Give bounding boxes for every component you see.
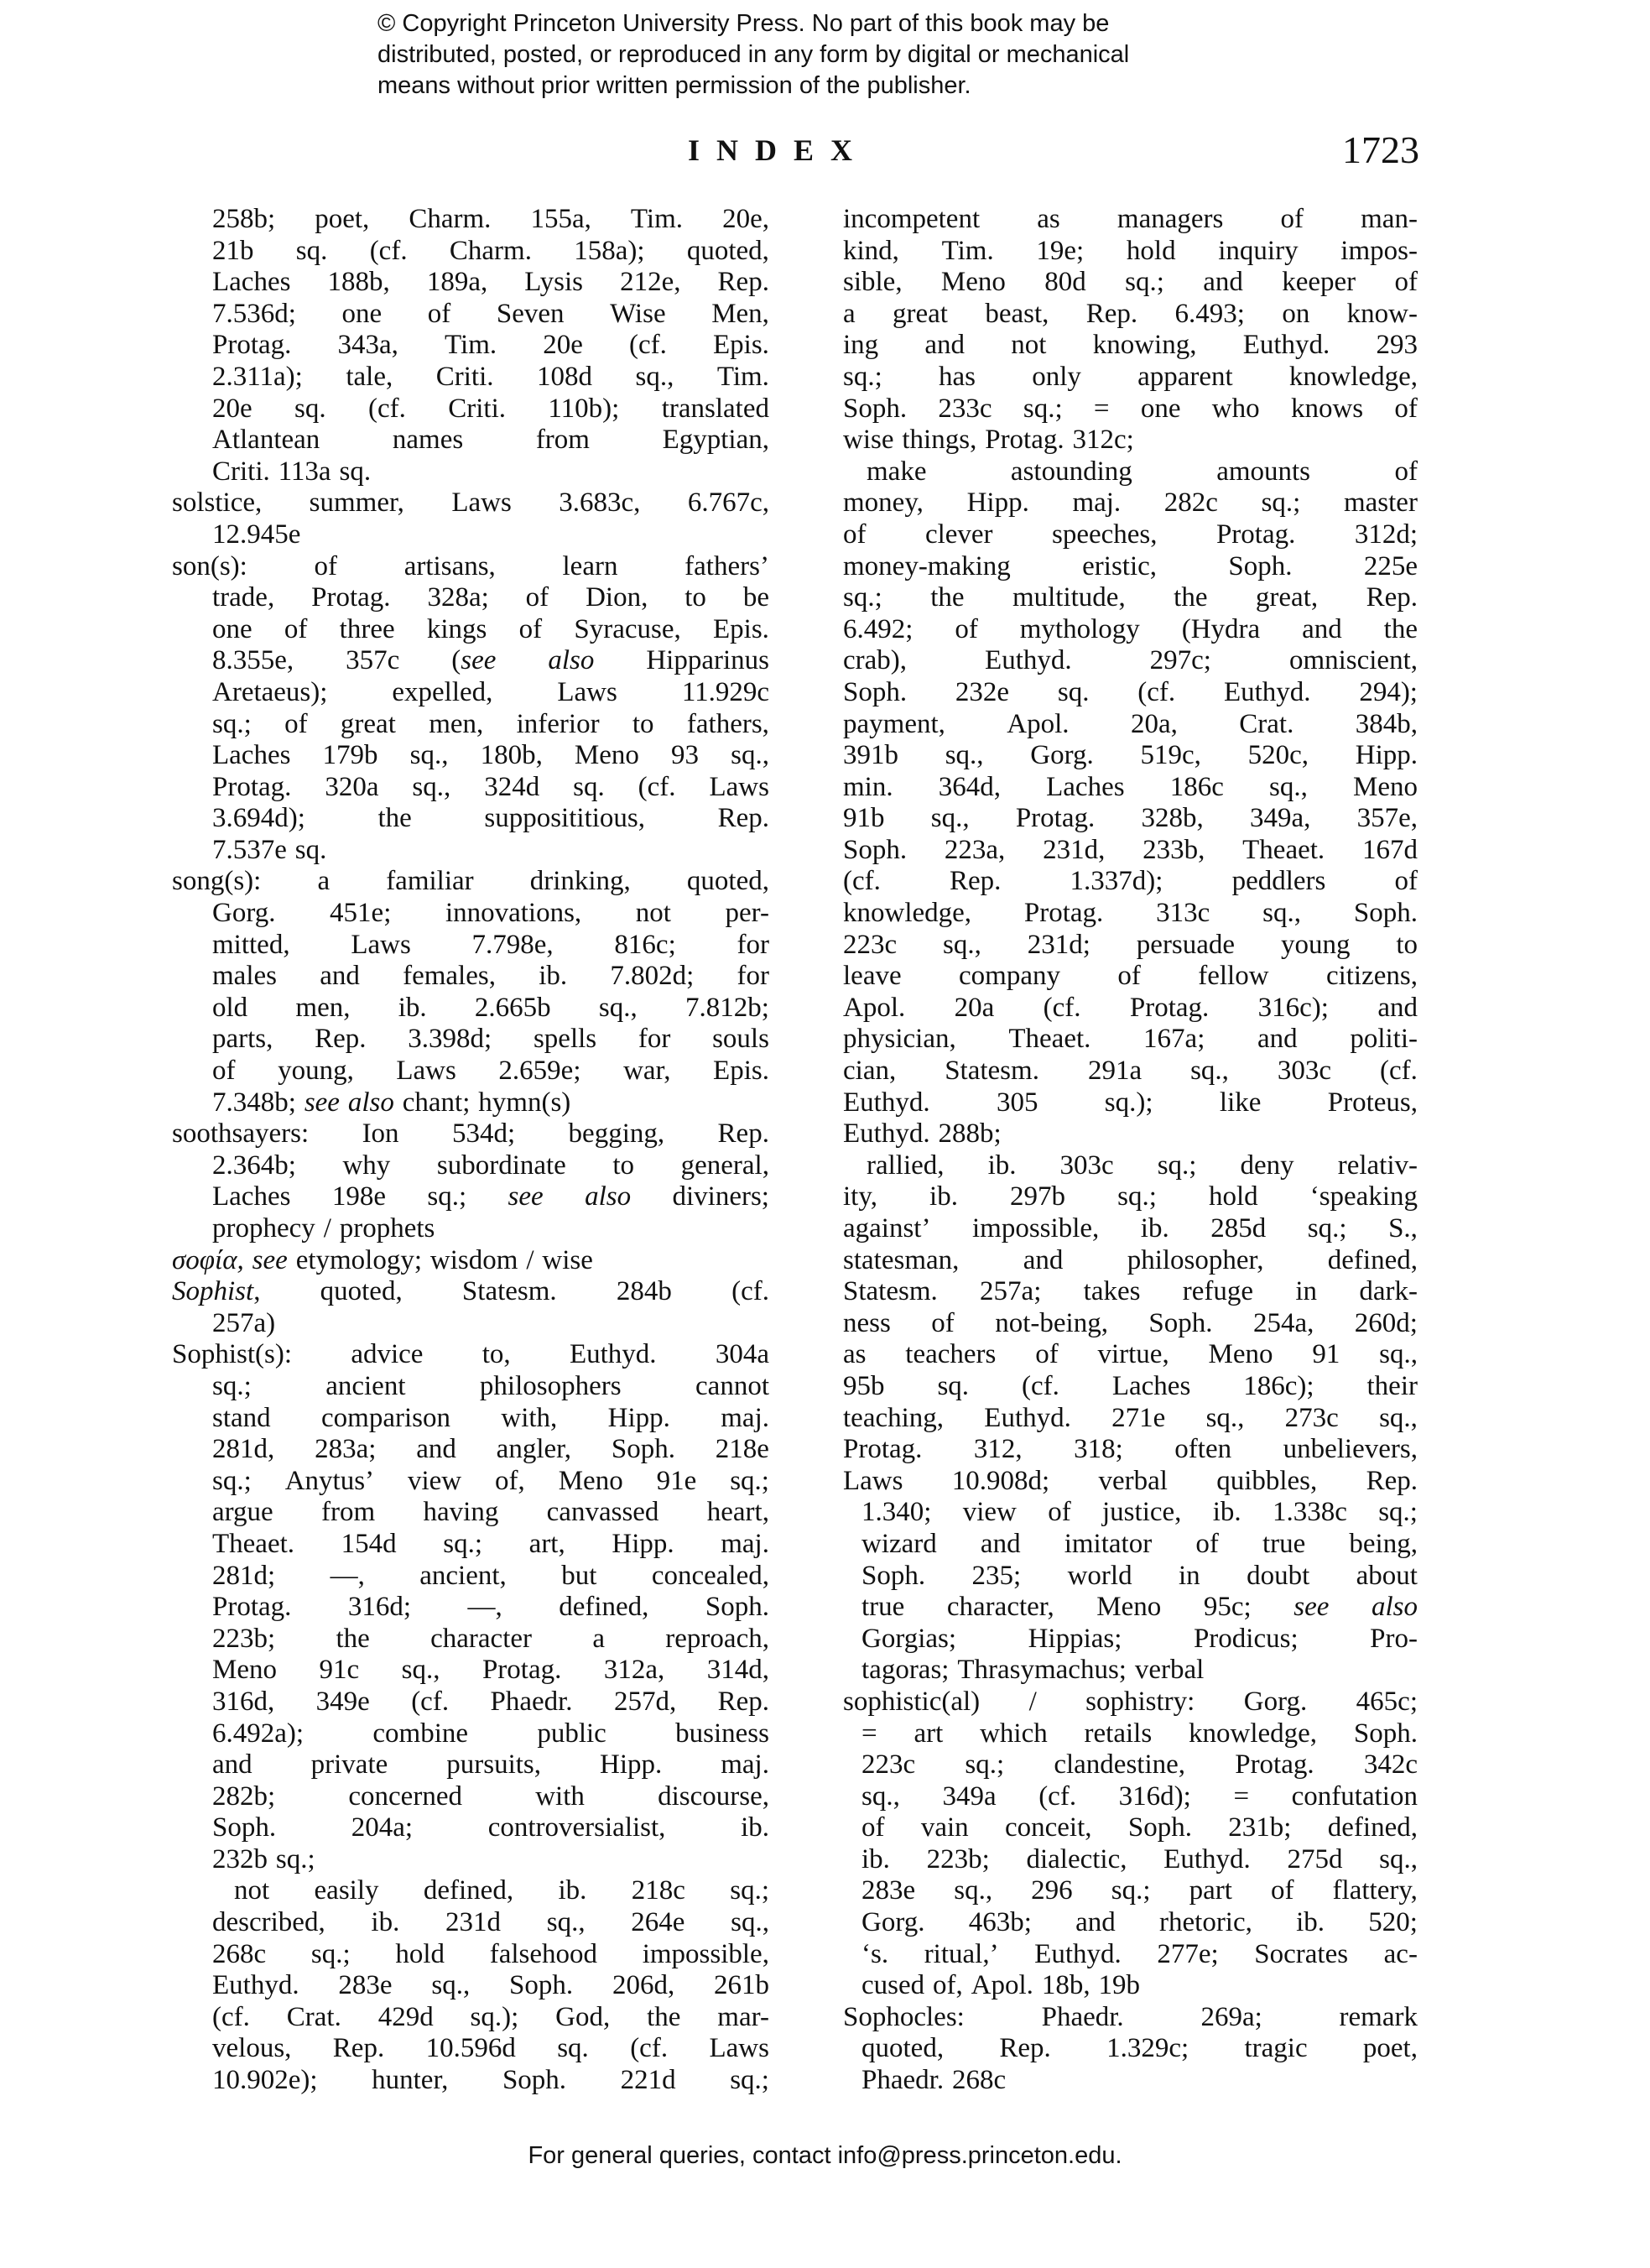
index-entry-line: physician,Theaet.167a;andpoliti- bbox=[843, 1024, 1418, 1056]
index-entry-headword-line: Sophocles:Phaedr.269a;remark bbox=[843, 2002, 1418, 2034]
word: 260d; bbox=[1355, 1308, 1418, 1340]
word: falsehood bbox=[490, 1939, 597, 1971]
word: (cf. bbox=[731, 1276, 769, 1308]
index-entry-line: cian,Statesm.291asq.,303c(cf. bbox=[843, 1056, 1418, 1087]
index-entry-line: Apol.20a(cf.Protag.316c);and bbox=[843, 993, 1418, 1025]
word: 328b, bbox=[1141, 803, 1203, 835]
word: wisdom bbox=[430, 1245, 518, 1277]
word: see bbox=[1293, 1592, 1329, 1624]
word: 223b; bbox=[927, 1844, 990, 1876]
word: maj. bbox=[1072, 487, 1121, 519]
word: Soph. bbox=[843, 835, 907, 867]
word: of bbox=[931, 1308, 955, 1340]
word: 1.337d); bbox=[1070, 866, 1163, 898]
word: sq., bbox=[943, 930, 981, 962]
word: 6.493; bbox=[1175, 299, 1245, 331]
word: mitted, bbox=[212, 930, 290, 962]
index-entry-line: 258b;poet,Charm.155a,Tim.20e, bbox=[172, 204, 769, 236]
word: Statesm. bbox=[462, 1276, 557, 1308]
word: / bbox=[324, 1213, 331, 1245]
word: = bbox=[1233, 1781, 1249, 1813]
word: character bbox=[430, 1624, 532, 1655]
word: ib. bbox=[1141, 1213, 1169, 1245]
word: and bbox=[416, 1434, 456, 1466]
word: 18b, bbox=[1042, 1970, 1090, 2002]
word: sq., bbox=[931, 803, 970, 835]
word: sq. bbox=[557, 2033, 589, 2065]
word: in bbox=[1179, 1561, 1200, 1593]
word: 7.537e bbox=[212, 835, 287, 867]
word: sq.; bbox=[427, 1181, 466, 1213]
word: 10.596d bbox=[426, 2033, 516, 2065]
word: three bbox=[340, 614, 395, 646]
word: 277e; bbox=[1157, 1939, 1218, 1971]
word: sq., bbox=[1190, 1056, 1229, 1087]
word: (cf. bbox=[629, 330, 667, 362]
word: maj. bbox=[721, 1749, 769, 1781]
word: teachers bbox=[905, 1339, 996, 1371]
word: canvassed bbox=[547, 1497, 659, 1529]
word: / bbox=[1029, 1687, 1037, 1718]
word: 268c bbox=[952, 2065, 1006, 2097]
word: advice bbox=[351, 1339, 423, 1371]
word: artisans, bbox=[404, 551, 496, 583]
index-entry-line: Statesm.257a;takesrefugeindark- bbox=[843, 1276, 1418, 1308]
word: sq.; bbox=[212, 709, 252, 741]
word: see bbox=[252, 1245, 288, 1277]
word: etymology; bbox=[296, 1245, 422, 1277]
word: 283a; bbox=[315, 1434, 376, 1466]
word: of bbox=[1048, 1497, 1071, 1529]
index-entry-line: kind,Tim.19e;holdinquiryimpos- bbox=[843, 236, 1418, 268]
word: 343a, bbox=[338, 330, 398, 362]
index-entry-line: 232bsq.; bbox=[172, 1844, 769, 1876]
word: 283e bbox=[861, 1875, 915, 1907]
word: refuge bbox=[1183, 1276, 1253, 1308]
word: Phaedr. bbox=[861, 2065, 944, 2097]
word: (cf. bbox=[1044, 993, 1081, 1025]
word: Protag. bbox=[212, 1592, 291, 1624]
word: Hipp. bbox=[1356, 740, 1418, 772]
index-entry-line: ingandnotknowing,Euthyd.293 bbox=[843, 330, 1418, 362]
index-entry-line: truecharacter,Meno95c;seealso bbox=[843, 1592, 1418, 1624]
index-entry-line: arguefromhavingcanvassedheart, bbox=[172, 1497, 769, 1529]
word: sq.; bbox=[1262, 487, 1301, 519]
index-entry-line: 7.348b;seealsochant;hymn(s) bbox=[172, 1087, 769, 1119]
word: sq., bbox=[1379, 1403, 1418, 1435]
index-entry-line: 3.694d);thesupposititious,Rep. bbox=[172, 803, 769, 835]
word: sq.; bbox=[276, 1844, 315, 1876]
word: know- bbox=[1347, 299, 1418, 331]
index-entry-line: Meno91csq.,Protag.312a,314d, bbox=[172, 1655, 769, 1687]
word: Protag. bbox=[1216, 519, 1295, 551]
word: 288b; bbox=[938, 1118, 1001, 1150]
index-entry-line: standcomparisonwith,Hipp.maj. bbox=[172, 1403, 769, 1435]
word: ity, bbox=[843, 1181, 877, 1213]
word: great bbox=[893, 299, 948, 331]
word: Gorgias; bbox=[861, 1624, 956, 1655]
word: 95c; bbox=[1204, 1592, 1252, 1624]
word: 223b; bbox=[212, 1624, 275, 1655]
word: of bbox=[519, 614, 543, 646]
word: and bbox=[1075, 1907, 1116, 1939]
index-entry-line: Gorgias;Hippias;Prodicus;Pro- bbox=[843, 1624, 1418, 1655]
word: sq.; bbox=[443, 1529, 482, 1561]
index-entry-headword-line: son(s):ofartisans,learnfathers’ bbox=[172, 551, 769, 583]
word: often bbox=[1174, 1434, 1231, 1466]
word: solstice, bbox=[172, 487, 262, 519]
word: Protag. bbox=[843, 1434, 922, 1466]
word: great, bbox=[1256, 582, 1318, 614]
word: familiar bbox=[386, 866, 473, 898]
word: sq., bbox=[1262, 898, 1301, 930]
index-entry-line: ib.223b;dialectic,Euthyd.275dsq., bbox=[843, 1844, 1418, 1876]
word: Soph. bbox=[1148, 1308, 1212, 1340]
word: σοφία, bbox=[172, 1245, 244, 1277]
word: Gorg. bbox=[861, 1907, 924, 1939]
word: 6.492; bbox=[843, 614, 913, 646]
word: and bbox=[212, 1749, 252, 1781]
index-entry-line: sq.;ofgreatmen,inferiortofathers, bbox=[172, 709, 769, 741]
word: sq.; bbox=[730, 1466, 769, 1498]
word: not bbox=[636, 898, 671, 930]
index-entry-line: 2.311a);tale,Criti.108dsq.,Tim. bbox=[172, 362, 769, 394]
word: 223c bbox=[861, 1749, 915, 1781]
index-entry-line: AtlanteannamesfromEgyptian, bbox=[172, 425, 769, 456]
word: 20e, bbox=[722, 204, 769, 236]
word: also bbox=[585, 1181, 631, 1213]
word: Pro- bbox=[1370, 1624, 1418, 1655]
word: teaching, bbox=[843, 1403, 944, 1435]
word: sophistry: bbox=[1085, 1687, 1195, 1718]
word: 312c; bbox=[1073, 425, 1134, 456]
word: hold bbox=[1209, 1181, 1258, 1213]
word: tagoras; bbox=[861, 1655, 949, 1687]
word: trade, bbox=[212, 582, 274, 614]
word: knowledge, bbox=[843, 898, 971, 930]
word: Protag. bbox=[1235, 1749, 1314, 1781]
word: angler, bbox=[497, 1434, 571, 1466]
word: 189a, bbox=[427, 267, 487, 299]
word: ib. bbox=[929, 1181, 958, 1213]
word: 232b bbox=[212, 1844, 268, 1876]
word: virtue, bbox=[1097, 1339, 1169, 1371]
word: ib. bbox=[558, 1875, 586, 1907]
word: Apol. bbox=[843, 993, 905, 1025]
word: 268c bbox=[212, 1939, 266, 1971]
word: 91c bbox=[319, 1655, 359, 1687]
index-entry-line: (cf.Crat.429dsq.);God,themar- bbox=[172, 2002, 769, 2034]
word: (cf. bbox=[638, 772, 676, 804]
word: who bbox=[1212, 394, 1260, 425]
word: Euthyd. bbox=[843, 1087, 930, 1119]
word: money-making bbox=[843, 551, 1011, 583]
word: = bbox=[1094, 394, 1110, 425]
index-entry-line: Soph.232esq.(cf.Euthyd.294); bbox=[843, 677, 1418, 709]
index-entry-headword-line: solstice,summer,Laws3.683c,6.767c, bbox=[172, 487, 769, 519]
word: 167d bbox=[1362, 835, 1418, 867]
word: spells bbox=[534, 1024, 596, 1056]
word: ib. bbox=[1296, 1907, 1325, 1939]
index-entry-line: 95bsq.(cf.Laches186c);their bbox=[843, 1371, 1418, 1403]
word: Rep. bbox=[1366, 582, 1418, 614]
word: Criti. bbox=[436, 362, 494, 394]
index-entry-line: Euthyd.305sq.);likeProteus, bbox=[843, 1087, 1418, 1119]
word: 10.902e); bbox=[212, 2065, 318, 2097]
word: 316d; bbox=[348, 1592, 411, 1624]
word: doubt bbox=[1247, 1561, 1309, 1593]
word: sq.; bbox=[1117, 1181, 1157, 1213]
word: ib. bbox=[539, 961, 567, 993]
index-entry-line: teaching,Euthyd.271esq.,273csq., bbox=[843, 1403, 1418, 1435]
word: apparent bbox=[1137, 362, 1233, 394]
word: mythology bbox=[1020, 614, 1140, 646]
word: 293 bbox=[1377, 330, 1418, 362]
word: 198e bbox=[332, 1181, 386, 1213]
word: philosopher, bbox=[1127, 1245, 1264, 1277]
word: Rep. bbox=[315, 1024, 366, 1056]
word: 534d; bbox=[452, 1118, 515, 1150]
word: in bbox=[1295, 1276, 1317, 1308]
word: Meno bbox=[212, 1655, 277, 1687]
word: Rep. bbox=[718, 267, 769, 299]
word: Laches bbox=[1046, 772, 1124, 804]
word: 167a; bbox=[1143, 1024, 1205, 1056]
word: ib. bbox=[741, 1812, 769, 1844]
index-entry-line: Protag.312,318;oftenunbelievers, bbox=[843, 1434, 1418, 1466]
word: Rep. bbox=[1366, 1466, 1418, 1498]
word: sq.; bbox=[1308, 1213, 1347, 1245]
word: the bbox=[377, 803, 411, 835]
index-entry-line: Protag.343a,Tim.20e(cf.Epis. bbox=[172, 330, 769, 362]
word: 271e bbox=[1111, 1403, 1165, 1435]
word: 231b; bbox=[1228, 1812, 1291, 1844]
word: (cf. bbox=[212, 2002, 250, 2034]
word: 6.767c, bbox=[688, 487, 769, 519]
word: Socrates bbox=[1254, 1939, 1348, 1971]
word: 816c; bbox=[614, 930, 675, 962]
word: clandestine, bbox=[1054, 1749, 1185, 1781]
word: eristic, bbox=[1082, 551, 1157, 583]
word: Men, bbox=[711, 299, 769, 331]
word: 6.492a); bbox=[212, 1718, 304, 1750]
word: 2.665b bbox=[475, 993, 551, 1025]
index-entry-line: nessofnot-being,Soph.254a,260d; bbox=[843, 1308, 1418, 1340]
word: 93 bbox=[671, 740, 699, 772]
word: 223a, bbox=[945, 835, 1005, 867]
index-entry-line: trade,Protag.328a;ofDion,tobe bbox=[172, 582, 769, 614]
word: ib. bbox=[398, 993, 427, 1025]
word: war, bbox=[623, 1056, 670, 1087]
word: tale, bbox=[346, 362, 393, 394]
word: of bbox=[1394, 394, 1418, 425]
index-entry-line: Protag.316d;—,defined,Soph. bbox=[172, 1592, 769, 1624]
word: character, bbox=[947, 1592, 1054, 1624]
word: 520c, bbox=[1248, 740, 1309, 772]
word: for bbox=[638, 1024, 670, 1056]
word: (cf. bbox=[1038, 1781, 1076, 1813]
word: argue bbox=[212, 1497, 273, 1529]
word: a bbox=[592, 1624, 605, 1655]
word: Rep. bbox=[950, 866, 1001, 898]
word: sq. bbox=[1058, 677, 1090, 709]
word: view bbox=[408, 1466, 461, 1498]
word: Phaedr. bbox=[490, 1687, 572, 1718]
word: sq., bbox=[431, 1970, 470, 2002]
word: art bbox=[913, 1718, 943, 1750]
index-entry-line: sible,Meno80dsq.;andkeeperof bbox=[843, 267, 1418, 299]
word: Euthyd. bbox=[570, 1339, 657, 1371]
word: one bbox=[212, 614, 252, 646]
word: males bbox=[212, 961, 277, 993]
word: 225e bbox=[1364, 551, 1418, 583]
word: Tim. bbox=[942, 236, 994, 268]
word: 1.338c bbox=[1273, 1497, 1347, 1529]
word: Soph. bbox=[509, 1970, 573, 2002]
word: men, bbox=[295, 993, 350, 1025]
word: 221d bbox=[621, 2065, 676, 2097]
word: see bbox=[304, 1087, 340, 1119]
word: Theaet. bbox=[1242, 835, 1325, 867]
word: persuade bbox=[1137, 930, 1235, 962]
word: 304a bbox=[716, 1339, 769, 1371]
index-entry-line: 223csq.;clandestine,Protag.342c bbox=[843, 1749, 1418, 1781]
word: ancient bbox=[325, 1371, 405, 1403]
word: sq.; bbox=[1158, 1150, 1197, 1182]
word: and bbox=[1377, 993, 1418, 1025]
word: knowledge, bbox=[1289, 362, 1418, 394]
word: sq., bbox=[731, 1907, 769, 1939]
index-entry-line: sq.;hasonlyapparentknowledge, bbox=[843, 362, 1418, 394]
word: tragic bbox=[1244, 2033, 1307, 2065]
word: Sophocles: bbox=[843, 2002, 965, 2034]
word: world bbox=[1068, 1561, 1132, 1593]
word: as bbox=[1037, 204, 1060, 236]
word: the bbox=[930, 582, 964, 614]
word: kind, bbox=[843, 236, 899, 268]
word: ‘s. bbox=[861, 1939, 888, 1971]
copyright-line: © Copyright Princeton University Press. … bbox=[377, 8, 1300, 39]
word: also bbox=[1372, 1592, 1418, 1624]
index-entry-line: against’impossible,ib.285dsq.;S., bbox=[843, 1213, 1418, 1245]
word: Laches bbox=[212, 740, 290, 772]
word: for bbox=[737, 961, 769, 993]
word: one bbox=[1141, 394, 1181, 425]
word: 110b); bbox=[548, 394, 619, 425]
word: 297b bbox=[1010, 1181, 1065, 1213]
word: ac- bbox=[1384, 1939, 1418, 1971]
word: Lysis bbox=[524, 267, 583, 299]
word: described, bbox=[212, 1907, 325, 1939]
word: Laws bbox=[351, 930, 410, 962]
word: why bbox=[342, 1150, 390, 1182]
word: 19e; bbox=[1036, 236, 1084, 268]
word: mar- bbox=[717, 2002, 769, 2034]
word: has bbox=[939, 362, 976, 394]
word: quoted, bbox=[861, 2033, 944, 2065]
word: hunter, bbox=[372, 2065, 448, 2097]
index-entry-line: ofvainconceit,Soph.231b;defined, bbox=[843, 1812, 1418, 1844]
word: 357e, bbox=[1357, 803, 1418, 835]
word: of bbox=[861, 1812, 885, 1844]
word: 7.812b; bbox=[685, 993, 769, 1025]
index-entry-line: oldmen,ib.2.665bsq.,7.812b; bbox=[172, 993, 769, 1025]
word: kings bbox=[427, 614, 487, 646]
word: dark- bbox=[1359, 1276, 1418, 1308]
word: soothsayers: bbox=[172, 1118, 309, 1150]
word: ritual,’ bbox=[924, 1939, 999, 1971]
index-entry-line: Protag.320asq.,324dsq.(cf.Laws bbox=[172, 772, 769, 804]
word: sq.; bbox=[730, 2065, 769, 2097]
index-entry-line: described,ib.231dsq.,264esq., bbox=[172, 1907, 769, 1939]
word: Protag. bbox=[482, 1655, 561, 1687]
word: min. bbox=[843, 772, 893, 804]
word: 1.329c; bbox=[1106, 2033, 1189, 2065]
word: of bbox=[1395, 267, 1418, 299]
word: stand bbox=[212, 1403, 271, 1435]
word: sq., bbox=[945, 740, 984, 772]
word: Gorg. bbox=[1030, 740, 1093, 772]
word: Hipp. bbox=[612, 1529, 674, 1561]
word: diviners; bbox=[672, 1181, 768, 1213]
word: philosophers bbox=[480, 1371, 622, 1403]
word: 3.398d; bbox=[408, 1024, 492, 1056]
word: Meno bbox=[575, 740, 639, 772]
word: 257d, bbox=[614, 1687, 676, 1718]
word: 273c bbox=[1285, 1403, 1339, 1435]
word: per- bbox=[725, 898, 768, 930]
word: 235; bbox=[972, 1561, 1022, 1593]
word: 328a; bbox=[427, 582, 488, 614]
index-entry-line: andprivatepursuits,Hipp.maj. bbox=[172, 1749, 769, 1781]
word: 258b; bbox=[212, 204, 275, 236]
word: sq., bbox=[731, 740, 769, 772]
index-entry-line: Theaet.154dsq.;art,Hipp.maj. bbox=[172, 1529, 769, 1561]
index-entry-line: Euthyd.283esq.,Soph.206d,261b bbox=[172, 1970, 769, 2002]
index-entry-line: knowledge,Protag.313csq.,Soph. bbox=[843, 898, 1418, 930]
word: Soph. bbox=[843, 677, 907, 709]
word: Euthyd. bbox=[985, 645, 1072, 677]
word: 357c bbox=[346, 645, 399, 677]
word: beast, bbox=[985, 299, 1049, 331]
word: 232e bbox=[955, 677, 1009, 709]
word: defined, bbox=[1328, 1812, 1418, 1844]
index-entry-line: money,Hipp.maj.282csq.;master bbox=[843, 487, 1418, 519]
word: Tim. bbox=[445, 330, 497, 362]
word: Syracuse, bbox=[574, 614, 680, 646]
word: ib. bbox=[1213, 1497, 1241, 1529]
word: leave bbox=[843, 961, 902, 993]
word: but bbox=[561, 1561, 596, 1593]
word: cused bbox=[861, 1970, 924, 2002]
word: 91e bbox=[657, 1466, 697, 1498]
copyright-line: distributed, posted, or reproduced in an… bbox=[377, 39, 1300, 70]
index-entry-headword-line: Sophist,quoted,Statesm.284b(cf. bbox=[172, 1276, 769, 1308]
word: 264e bbox=[631, 1907, 684, 1939]
word: Proteus, bbox=[1328, 1087, 1418, 1119]
index-entry-line: 91bsq.,Protag.328b,349a,357e, bbox=[843, 803, 1418, 835]
index-entry-line: 20esq.(cf.Criti.110b);translated bbox=[172, 394, 769, 425]
word: son(s): bbox=[172, 551, 247, 583]
index-entry-line: rallied,ib.303csq.;denyrelativ- bbox=[843, 1150, 1418, 1182]
word: Protag. bbox=[985, 425, 1064, 456]
word: 282b; bbox=[212, 1781, 275, 1813]
word: sq., bbox=[410, 740, 449, 772]
word: souls bbox=[712, 1024, 769, 1056]
index-entry-line: asteachersofvirtue,Meno91sq., bbox=[843, 1339, 1418, 1371]
word: sq., bbox=[1206, 1403, 1245, 1435]
index-entry-line: incompetentasmanagersofman- bbox=[843, 204, 1418, 236]
